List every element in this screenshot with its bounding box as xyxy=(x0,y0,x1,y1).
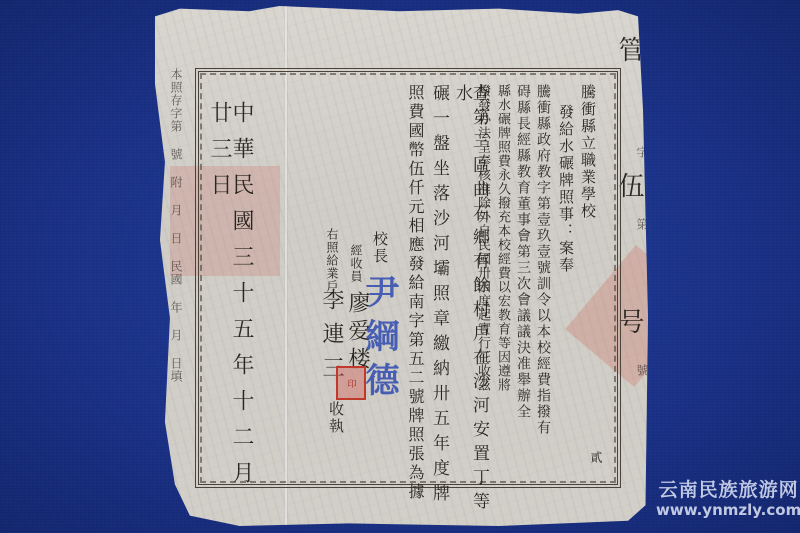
body-column-6: 碾一盤坐落沙河壩照章繳納卅五年度牌 xyxy=(430,84,447,509)
recipient-label: 右照給業戶 xyxy=(326,228,338,293)
left-margin-stub: 本照存字第 號 附 月 日 民國 年 月 日填 xyxy=(170,68,182,468)
red-seal-stamp: 印 xyxy=(336,366,366,400)
receipt-label: 收執 xyxy=(328,401,343,435)
body-column-7: 照費國幣伍仟元相應發給南字第五二號牌照張為據 xyxy=(407,84,423,502)
body-column-5: 查第三區曲石鄉有餘村戶在沙河安置丁等水 xyxy=(453,84,487,526)
document-date: 中華民國三十五年十二月廿三日 xyxy=(208,101,252,526)
document-paper: 本照存字第 號 附 月 日 民國 年 月 日填 管 伍 号 字第 號 騰衝縣立職… xyxy=(150,6,648,526)
principal-label: 校長 xyxy=(372,231,387,265)
watermark-site-name: 云南民族旅游网 xyxy=(656,480,800,502)
site-watermark: 云南民族旅游网 www.ynmzly.com xyxy=(656,480,800,519)
watermark-url: www.ynmzly.com xyxy=(656,502,800,519)
document-subheader: 發給水碾牌照事：案奉 xyxy=(558,104,573,274)
principal-signature: 尹綱德 xyxy=(362,274,396,406)
body-column-1: 騰衝縣政府教字第壹玖壹號訓令以本校經費指撥有 xyxy=(536,84,550,436)
document-header: 騰衝縣立職業學校 xyxy=(580,84,595,220)
body-column-2: 碍縣長經縣教育董事會第三次會議議決准舉辦全 xyxy=(516,84,530,420)
corner-mark: 貳 xyxy=(590,451,602,464)
body-column-3: 縣水碾牌照費永久撥充本校經費以宏教育等因遵將 xyxy=(496,84,509,392)
